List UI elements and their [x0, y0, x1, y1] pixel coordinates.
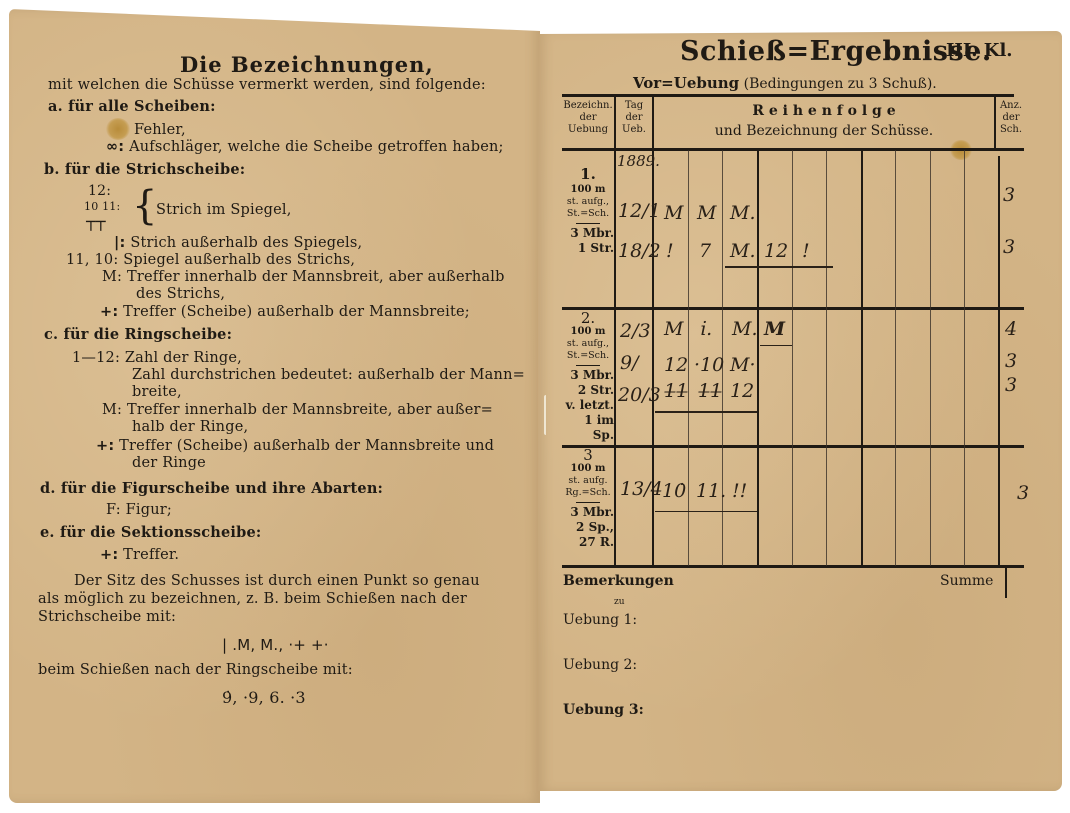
subtitle: Vor=Uebung (Bedingungen zu 3 Schuß).	[633, 74, 937, 92]
row1-date-1: 12/1	[618, 200, 661, 222]
page-title: Die Bezeichnungen,	[180, 52, 434, 77]
entry-fehler: Fehler,	[134, 122, 186, 138]
shot: ·10	[694, 354, 724, 376]
shot: 12	[664, 354, 688, 376]
sum-divider	[1005, 566, 1007, 598]
shot: M.	[730, 202, 756, 224]
entry-m-strich-cont: des Strichs,	[136, 286, 225, 302]
entry-plus-strich: +: Treffer (Scheibe) außerhalb der Manns…	[100, 304, 470, 320]
shot: M	[697, 202, 716, 224]
example-strich: | .M, M., ·+ +·	[222, 636, 329, 654]
col-thin	[895, 150, 896, 566]
remark-uebung-1: Uebung 1:	[563, 612, 637, 628]
shot: 12	[730, 380, 754, 402]
row1-bottom-rule	[562, 307, 1024, 310]
shot: 11.	[696, 480, 726, 502]
brace: {	[132, 186, 158, 226]
example-ring: 9̇, ·9, 6. ·3	[222, 688, 306, 707]
entry-ringzahl-cont2: breite,	[132, 384, 182, 400]
shot: M.	[732, 318, 758, 340]
entry-m-ring: M: Treffer innerhalb der Mannsbreite, ab…	[102, 402, 493, 418]
section-b-heading: b. für die Strichscheibe:	[44, 161, 245, 178]
shot: M	[764, 318, 785, 340]
row1-date-2: 18/2	[618, 240, 661, 262]
col-thin	[792, 150, 793, 566]
entry-plus-ring: +: Treffer (Scheibe) außerhalb der Manns…	[96, 438, 494, 454]
shot: 1̶1̶	[664, 380, 688, 402]
shot: !	[802, 240, 810, 262]
shot: 12	[764, 240, 788, 262]
header-anzahl: Anz. der Sch.	[996, 100, 1026, 136]
row1-count-1: 3	[1003, 184, 1015, 206]
row2-count-3: 3	[1005, 374, 1017, 396]
intro-text: mit welchen die Schüsse vermerkt werden,…	[48, 77, 486, 93]
open-booklet: Die Bezeichnungen, mit welchen die Schüs…	[0, 0, 1070, 813]
entry-strich-im-spiegel: Strich im Spiegel,	[156, 202, 292, 218]
row1-label: 1. 100 m st. aufg., St.=Sch. 3 Mbr. 1 St…	[562, 168, 614, 256]
sum-label: Summe	[940, 573, 993, 589]
entry-aufschlaeger: ∞: Aufschläger, welche die Scheibe getro…	[106, 139, 504, 155]
note-line-1: Der Sitz des Schusses ist durch einen Pu…	[74, 573, 480, 589]
row3-date: 13/4	[620, 478, 663, 500]
entry-ringzahl: 1—12: Zahl der Ringe,	[72, 350, 242, 366]
row2-count-2: 3	[1005, 350, 1017, 372]
header-reihenfolge: R e i h e n f o l g e und Bezeichnung de…	[654, 101, 994, 141]
shot: 1̶1̶	[698, 380, 722, 402]
remarks-zu: zu	[614, 597, 625, 607]
col-thin	[930, 150, 931, 566]
right-page	[538, 31, 1062, 791]
col-divider	[998, 156, 1000, 566]
col-thin	[964, 150, 965, 566]
shot: !	[666, 240, 674, 262]
row3-label: 3 100 m st. aufg. Rg.=Sch. 3 Mbr. 2 Sp.,…	[562, 449, 614, 550]
shot: M.	[730, 240, 756, 262]
class-label: III. Kl.	[946, 40, 1013, 61]
binding-thread	[544, 395, 554, 435]
entry-m-strich: M: Treffer innerhalb der Mannsbreit, abe…	[102, 269, 505, 285]
col-divider	[757, 150, 759, 566]
entry-spiegel-ausserhalb: 11, 10: Spiegel außerhalb des Strichs,	[66, 252, 355, 268]
stain-mark	[106, 118, 130, 140]
symbol-12: 12:	[88, 183, 111, 199]
section-c-heading: c. für die Ringscheibe:	[44, 326, 232, 343]
note-line-3: Strichscheibe mit:	[38, 609, 176, 625]
col-divider	[861, 150, 863, 566]
section-d-heading: d. für die Figurscheibe und ihre Abarten…	[40, 480, 383, 497]
section-a-heading: a. für alle Scheiben:	[48, 98, 216, 115]
shot: M·	[730, 354, 756, 376]
shot: 10̇	[662, 480, 686, 502]
shot: M	[664, 202, 683, 224]
table-top-rule	[562, 94, 1014, 97]
note-line-2: als möglich zu bezeichnen, z. B. beim Sc…	[38, 591, 467, 607]
entry-figur: F: Figur;	[106, 502, 172, 518]
row2-date-1: 2/3	[620, 320, 651, 342]
underline	[655, 511, 757, 512]
entry-m-ring-cont: halb der Ringe,	[132, 419, 248, 435]
shot: !!	[732, 480, 747, 502]
entry-treffer: +: Treffer.	[100, 547, 179, 563]
entry-strich-ausserhalb: |: Strich außerhalb des Spiegels,	[114, 235, 362, 251]
entry-plus-ring-cont: der Ringe	[132, 455, 206, 471]
col-thin	[826, 150, 827, 566]
remarks-label: Bemerkungen	[563, 573, 674, 589]
underline	[760, 345, 792, 346]
shot: M	[664, 318, 683, 340]
row2-label: 2. 100 m st. aufg., St.=Sch. 3 Mbr. 2 St…	[562, 312, 614, 443]
section-e-heading: e. für die Sektionsscheibe:	[40, 524, 261, 541]
row2-count-1: 4	[1005, 318, 1017, 340]
row2-bottom-rule	[562, 445, 1024, 448]
row2-date-2: 9/	[620, 352, 639, 374]
row1-count-2: 3	[1003, 236, 1015, 258]
ring-intro: beim Schießen nach der Ringscheibe mit:	[38, 662, 353, 678]
symbol-tt: ┬┬	[86, 212, 106, 231]
table-bottom-rule	[562, 565, 1024, 568]
shot: 7	[699, 240, 711, 262]
remark-uebung-3: Uebung 3:	[563, 702, 644, 718]
header-bezeichnung: Bezeichn. der Uebung	[562, 100, 614, 136]
entry-ringzahl-cont: Zahl durchstrichen bedeutet: außerhalb d…	[132, 367, 525, 383]
col-divider	[614, 96, 616, 566]
underline	[655, 411, 757, 413]
underline	[725, 266, 833, 268]
header-tag: Tag der Ueb.	[616, 100, 652, 136]
remark-uebung-2: Uebung 2:	[563, 657, 637, 673]
row2-date-3: 20/3	[618, 384, 661, 406]
row1-year: 1889.	[617, 152, 660, 170]
header-bottom-rule	[562, 148, 1024, 151]
shot: ı̇.	[700, 318, 712, 340]
results-title: Schieß=Ergebnisse.	[680, 36, 992, 67]
row3-count: 3	[1017, 482, 1029, 504]
